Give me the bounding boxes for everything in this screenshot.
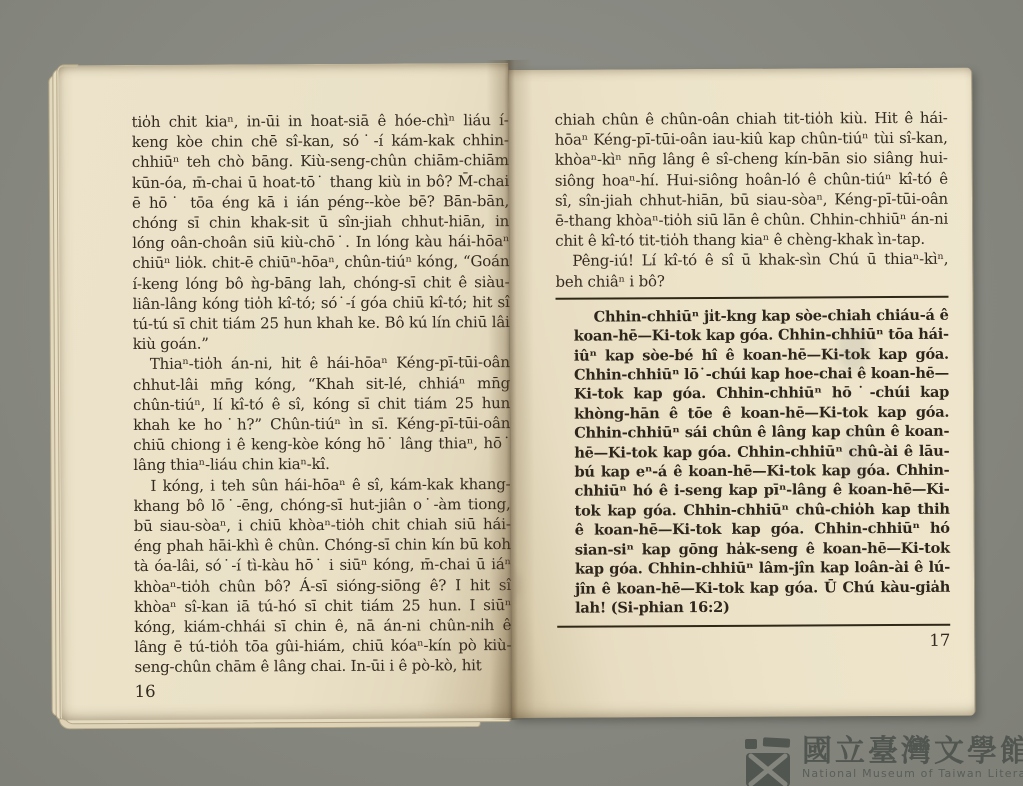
book-page-left: tio̍h chit kiaⁿ, in-ūi in hoat-siā ê hóe… <box>58 63 511 720</box>
paragraph: I kóng, i teh sûn hái-hōaⁿ ê sî, kám-kak… <box>133 474 511 678</box>
book-page-right: chiah chûn ê chûn-oân chiah tit-tio̍h ki… <box>508 68 975 718</box>
open-book: tio̍h chit kiaⁿ, in-ūi in hoat-siā ê hóe… <box>48 56 977 727</box>
scripture-quote: Chhin-chhiūⁿ ji̍t-kng kap sòe-chiah chiá… <box>574 306 951 618</box>
paragraph: Pêng-iú! Lí kî-tó ê sî ū khak-sìn Chú ū … <box>555 249 948 291</box>
watermark-title-zh: 國立臺灣文學館 <box>802 735 1023 768</box>
photo-background: tio̍h chit kiaⁿ, in-ūi in hoat-siā ê hóe… <box>0 0 1023 786</box>
paragraph-continuation: tio̍h chit kiaⁿ, in-ūi in hoat-siā ê hóe… <box>132 110 510 354</box>
paragraph: Thiaⁿ-tio̍h án-ni, hit ê hái-hōaⁿ Kéng-p… <box>133 352 511 475</box>
left-text-column: tio̍h chit kiaⁿ, in-ūi in hoat-siā ê hóe… <box>132 110 512 701</box>
page-number-right: 17 <box>557 631 950 652</box>
paragraph-continuation: chiah chûn ê chûn-oân chiah tit-tio̍h ki… <box>555 108 949 251</box>
right-text-column: chiah chûn ê chûn-oân chiah tit-tio̍h ki… <box>555 108 951 652</box>
watermark-text: 國立臺灣文學館 National Museum of Taiwan Litera… <box>802 735 1023 780</box>
watermark-title-en: National Museum of Taiwan Literature <box>802 768 1023 780</box>
page-number-left: 16 <box>135 680 512 701</box>
museum-watermark: 國立臺灣文學館 National Museum of Taiwan Litera… <box>742 735 1023 786</box>
divider-rule-bottom <box>557 624 950 628</box>
nmtl-logo-icon <box>742 737 792 786</box>
divider-rule-top <box>556 296 949 300</box>
